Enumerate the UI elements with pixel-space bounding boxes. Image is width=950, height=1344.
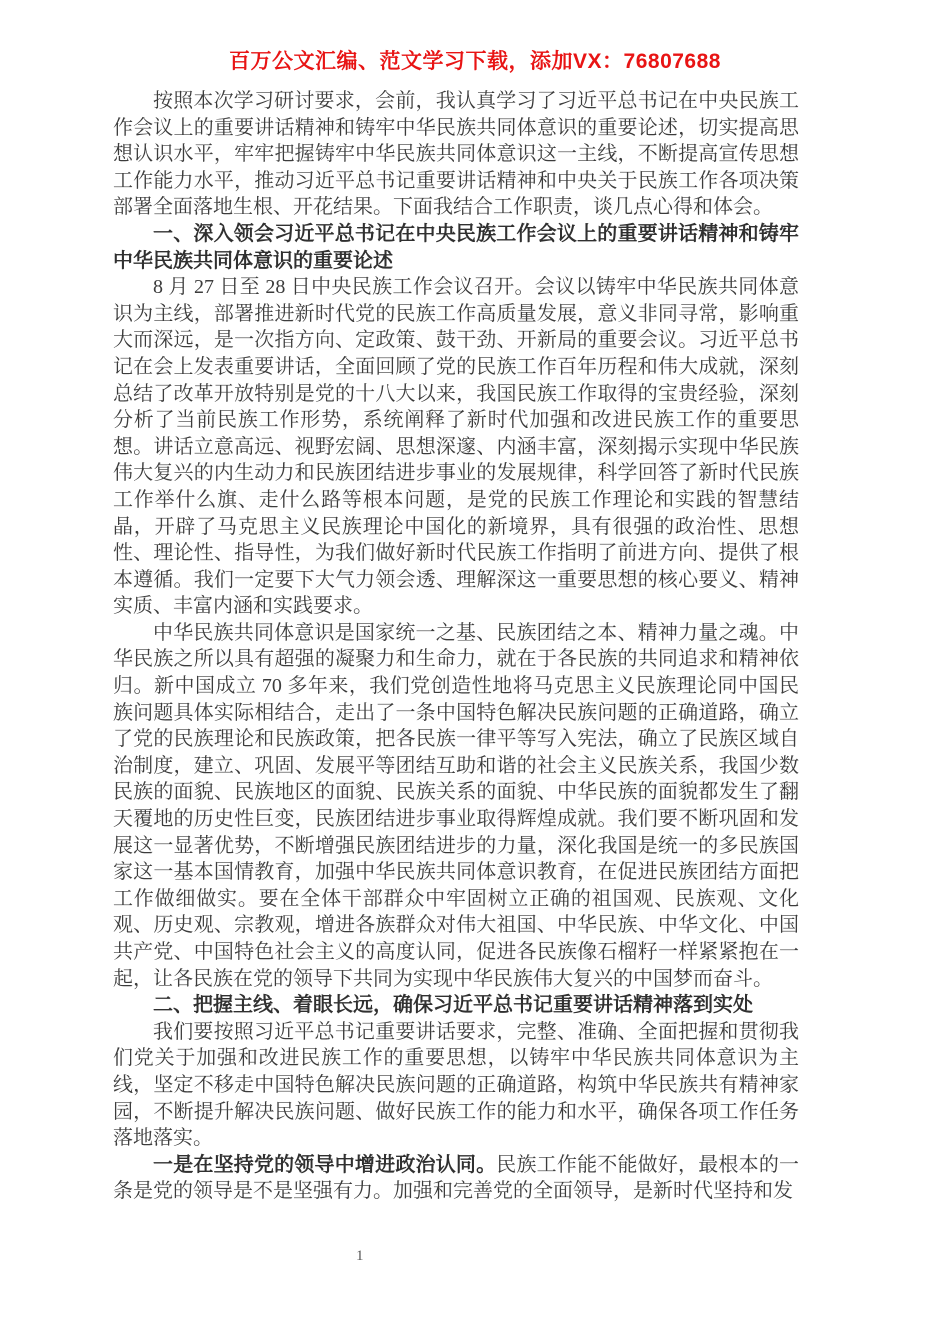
page-number: 1: [356, 1248, 364, 1265]
document-body: 按照本次学习研讨要求，会前，我认真学习了习近平总书记在中央民族工作会议上的重要讲…: [113, 88, 799, 1205]
section-heading-1: 一、深入领会习近平总书记在中央民族工作会议上的重要讲话精神和铸牢中华民族共同体意…: [113, 221, 799, 274]
paragraph-implementation: 我们要按照习近平总书记重要讲话要求，完整、准确、全面把握和贯彻我们党关于加强和改…: [113, 1019, 799, 1152]
paragraph-community-consciousness: 中华民族共同体意识是国家统一之基、民族团结之本、精神力量之魂。中华民族之所以具有…: [113, 620, 799, 992]
paragraph-conference: 8 月 27 日至 28 日中央民族工作会议召开。会议以铸牢中华民族共同体意识为…: [113, 274, 799, 620]
section-heading-2: 二、把握主线、着眼长远，确保习近平总书记重要讲话精神落到实处: [113, 992, 799, 1019]
paragraph-political-identity: 一是在坚持党的领导中增进政治认同。民族工作能不能做好，最根本的一条是党的领导是不…: [113, 1152, 799, 1205]
document-page: 百万公文汇编、范文学习下载，添加VX：76807688 按照本次学习研讨要求，会…: [0, 0, 950, 1344]
paragraph-lead-bold: 一是在坚持党的领导中增进政治认同。: [153, 1154, 496, 1176]
promo-banner: 百万公文汇编、范文学习下载，添加VX：76807688: [0, 45, 950, 75]
paragraph-intro: 按照本次学习研讨要求，会前，我认真学习了习近平总书记在中央民族工作会议上的重要讲…: [113, 88, 799, 221]
